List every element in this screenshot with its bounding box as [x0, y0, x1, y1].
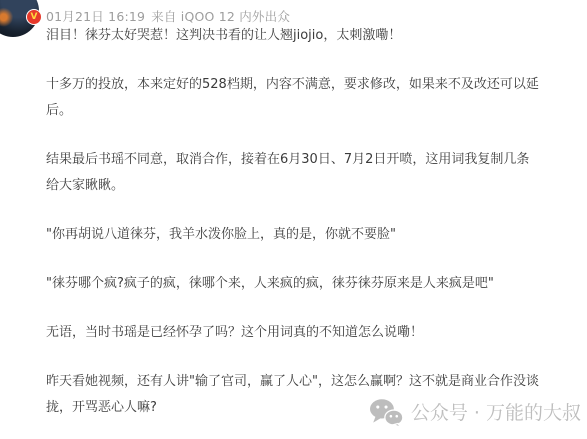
post-paragraph: 结果最后书瑶不同意，取消合作，接着在6月30日、7月2日开喷，这用词我复制几条给… [46, 147, 542, 199]
watermark: 公众号 · 万能的大叔 [370, 398, 581, 428]
post-content: 泪目！徕芬太好哭惹！这判决书看的让人翘jiojio，太刺激嘞！ 十多万的投放，本… [46, 23, 542, 439]
post-paragraph: "徕芬哪个疯?疯子的疯，徕哪个来，人来疯的疯，徕芬徕芬原来是人来疯是吧" [46, 271, 542, 297]
post-source-link[interactable]: 来自 iQOO 12 内外出众 [151, 9, 290, 24]
post-paragraph: 十多万的投放，本来定好的528档期，内容不满意，要求修改，如果来不及改还可以延后… [46, 72, 542, 124]
watermark-label: 公众号 · 万能的大叔 [411, 399, 581, 427]
post-paragraph: "你再胡说八道徕芬，我羊水泼你脸上，真的是，你就不要脸" [46, 222, 542, 248]
post-timestamp: 01月21日 16:19 [46, 9, 145, 24]
post-paragraph: 泪目！徕芬太好哭惹！这判决书看的让人翘jiojio，太刺激嘞！ [46, 23, 542, 49]
verified-badge-icon: V [26, 9, 42, 25]
post-paragraph: 无语，当时书瑶是已经怀孕了吗？这个用词真的不知道怎么说嘞！ [46, 320, 542, 346]
wechat-icon [370, 398, 403, 428]
